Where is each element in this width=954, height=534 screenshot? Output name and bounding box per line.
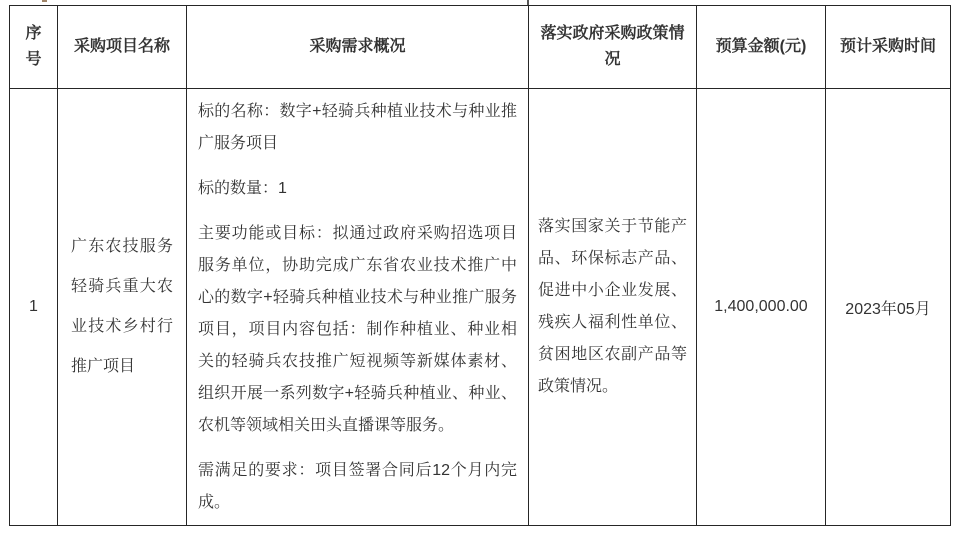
page: 序号 采购项目名称 采购需求概况 落实政府采购政策情况 预算金额(元) 预计采购… [0,0,954,534]
cell-budget: 1,400,000.00 [697,89,826,526]
header-cell-budget: 预算金额(元) [697,6,826,89]
requirement-paragraph-function: 主要功能或目标：拟通过政府采购招选项目服务单位，协助完成广东省农业技术推广中心的… [198,218,517,442]
header-cell-requirement: 采购需求概况 [187,6,529,89]
requirement-paragraph-deadline: 需满足的要求：项目签署合同后12个月内完成。 [198,455,517,519]
cell-index: 1 [10,89,58,526]
header-row: 序号 采购项目名称 采购需求概况 落实政府采购政策情况 预算金额(元) 预计采购… [10,6,951,89]
header-cell-time: 预计采购时间 [826,6,951,89]
requirement-paragraph-subject: 标的名称：数字+轻骑兵种植业技术与种业推广服务项目 [198,96,517,160]
header-cell-policy: 落实政府采购政策情况 [529,6,697,89]
table-row: 1 广东农技服务轻骑兵重大农业技术乡村行推广项目 标的名称：数字+轻骑兵种植业技… [10,89,951,526]
cell-time: 2023年05月 [826,89,951,526]
procurement-table: 序号 采购项目名称 采购需求概况 落实政府采购政策情况 预算金额(元) 预计采购… [9,5,951,526]
requirement-paragraph-quantity: 标的数量：1 [198,173,517,205]
cropped-text-artifact [42,0,47,2]
header-cell-project-name: 采购项目名称 [58,6,187,89]
table-header: 序号 采购项目名称 采购需求概况 落实政府采购政策情况 预算金额(元) 预计采购… [10,6,951,89]
cell-requirement: 标的名称：数字+轻骑兵种植业技术与种业推广服务项目 标的数量：1 主要功能或目标… [187,89,529,526]
table-body: 1 广东农技服务轻骑兵重大农业技术乡村行推广项目 标的名称：数字+轻骑兵种植业技… [10,89,951,526]
cell-project-name: 广东农技服务轻骑兵重大农业技术乡村行推广项目 [58,89,187,526]
header-cell-index: 序号 [10,6,58,89]
cell-policy: 落实国家关于节能产品、环保标志产品、促进中小企业发展、残疾人福利性单位、贫困地区… [529,89,697,526]
